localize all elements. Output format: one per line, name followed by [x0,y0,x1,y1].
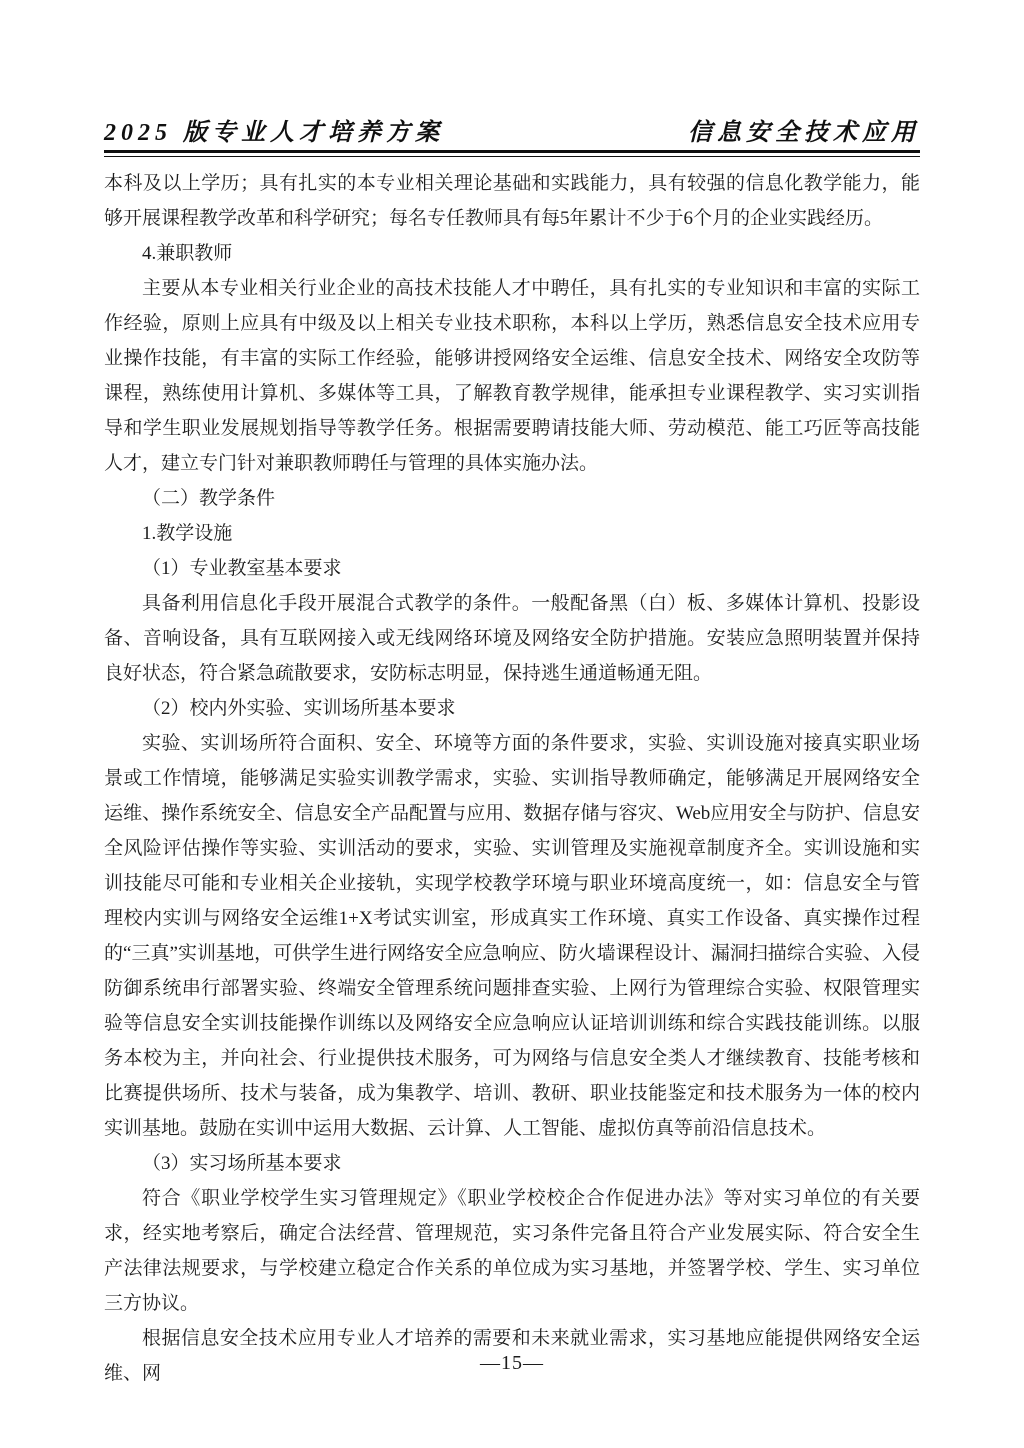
header-divider-thin-line [104,156,920,157]
paragraph: 主要从本专业相关行业企业的高技术技能人才中聘任，具有扎实的专业知识和丰富的实际工… [104,271,920,481]
page-header: 2025 版专业人才培养方案 信息安全技术应用 [104,112,920,147]
header-divider-thick-line [104,150,920,153]
page-footer: —15— [0,1352,1024,1375]
document-page: 2025 版专业人才培养方案 信息安全技术应用 本科及以上学历；具有扎实的本专业… [0,0,1024,1448]
paragraph: 1.教学设施 [104,516,920,551]
paragraph: 4.兼职教师 [104,236,920,271]
paragraph: 具备利用信息化手段开展混合式教学的条件。一般配备黑（白）板、多媒体计算机、投影设… [104,586,920,691]
paragraph: （3）实习场所基本要求 [104,1146,920,1181]
paragraph: （2）校内外实验、实训场所基本要求 [104,691,920,726]
header-left-title: 2025 版专业人才培养方案 [104,112,444,147]
paragraph: （二）教学条件 [104,481,920,516]
paragraph: 本科及以上学历；具有扎实的本专业相关理论基础和实践能力，具有较强的信息化教学能力… [104,166,920,236]
header-divider [104,150,920,157]
paragraph: 符合《职业学校学生实习管理规定》《职业学校校企合作促进办法》等对实习单位的有关要… [104,1181,920,1321]
header-right-title: 信息安全技术应用 [688,112,920,147]
paragraph: 实验、实训场所符合面积、安全、环境等方面的条件要求，实验、实训设施对接真实职业场… [104,726,920,1146]
page-number: —15— [480,1352,544,1374]
document-body: 本科及以上学历；具有扎实的本专业相关理论基础和实践能力，具有较强的信息化教学能力… [104,166,920,1391]
paragraph: （1）专业教室基本要求 [104,551,920,586]
